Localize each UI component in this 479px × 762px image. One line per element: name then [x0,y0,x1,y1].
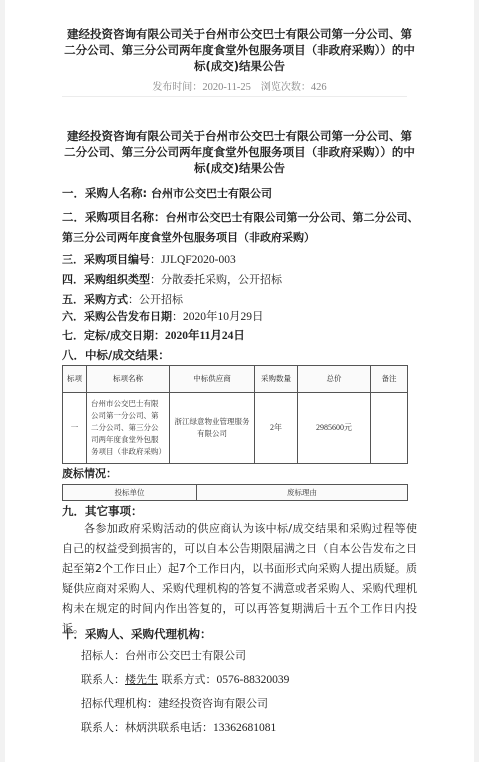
agency-name: 建经投资咨询有限公司 [158,697,268,710]
item-org-type: 四．采购组织类型：分散委托采购，公开招标 [62,270,422,290]
cell-supplier: 浙江绿意物业管理服务有限公司 [170,393,255,464]
col-quantity: 采购数量 [255,366,298,393]
item-result-heading: 八．中标/成交结果： [62,345,422,366]
void-table-header: 投标单位 废标理由 [63,485,408,501]
publish-date: 2020-11-25 [202,82,251,93]
tenderer-name: 台州市公交巴士有限公司 [125,649,246,662]
contact2-name: 林炳洪 [125,721,158,734]
contact1-name: 楼先生 [125,673,158,686]
contact2-phone: 13362681081 [213,722,276,734]
col-bidder: 投标单位 [63,485,197,501]
contact1-line: 联系人：楼先生 联系方式：0576-88320039 [81,670,289,690]
agency-line: 招标代理机构：建经投资咨询有限公司 [81,694,268,714]
table-row: 一 台州市公交巴士有限公司第一分公司、第二分公司、第三分公司两年度食堂外包服务项… [63,393,408,464]
tenderer-line: 招标人：台州市公交巴士有限公司 [81,646,246,666]
section9-text: 各参加政府采购活动的供应商认为该中标/成交结果和采购过程等使自己的权益受到损害的… [62,519,417,639]
result-table: 标项 标项名称 中标供应商 采购数量 总价 备注 一 台州市公交巴士有限公司第一… [62,365,408,464]
cell-total: 2985600元 [298,393,371,464]
meta-line: 发布时间：2020-11-25浏览次数：426 [62,78,417,93]
cell-lot: 一 [63,393,87,464]
col-remark: 备注 [371,366,408,393]
publish-label: 发布时间： [152,82,202,93]
item-award-date: 七．定标/成交日期：2020年11月24日 [62,326,422,346]
cell-quantity: 2年 [255,393,298,464]
item-project-number: 三．采购项目编号：JJLQF2020-003 [62,250,422,270]
section10-heading: 十．采购人、采购代理机构： [62,624,422,645]
result-table-header: 标项 标项名称 中标供应商 采购数量 总价 备注 [63,366,408,393]
col-void-reason: 废标理由 [197,485,408,501]
col-lot: 标项 [63,366,87,393]
void-table: 投标单位 废标理由 [62,484,408,501]
cell-lot-name: 台州市公交巴士有限公司第一分公司、第二分公司、第三分公司两年度食堂外包服务项目（… [87,393,170,464]
void-label: 废标情况： [62,465,117,483]
cell-remark [371,393,408,464]
header-divider [62,96,407,97]
item-purchaser: 一．采购人名称: 台州市公交巴士有限公司 [62,183,422,204]
item-project-name: 二．采购项目名称：台州市公交巴士有限公司第一分公司、第二分公司、第三分公司两年度… [62,207,422,248]
header-title: 建经投资咨询有限公司关于台州市公交巴士有限公司第一分公司、第二分公司、第三分公司… [62,26,417,74]
document-title: 建经投资咨询有限公司关于台州市公交巴士有限公司第一分公司、第二分公司、第三分公司… [62,128,417,176]
views-label: 浏览次数： [261,82,311,93]
col-lot-name: 标项名称 [87,366,170,393]
contact2-line: 联系人：林炳洪联系电话：13362681081 [81,718,276,738]
contact1-phone: 0576-88320039 [217,674,290,686]
col-total: 总价 [298,366,371,393]
item-publish-date: 六．采购公告发布日期：2020年10月29日 [62,307,422,327]
views-count: 426 [311,82,327,93]
col-supplier: 中标供应商 [170,366,255,393]
